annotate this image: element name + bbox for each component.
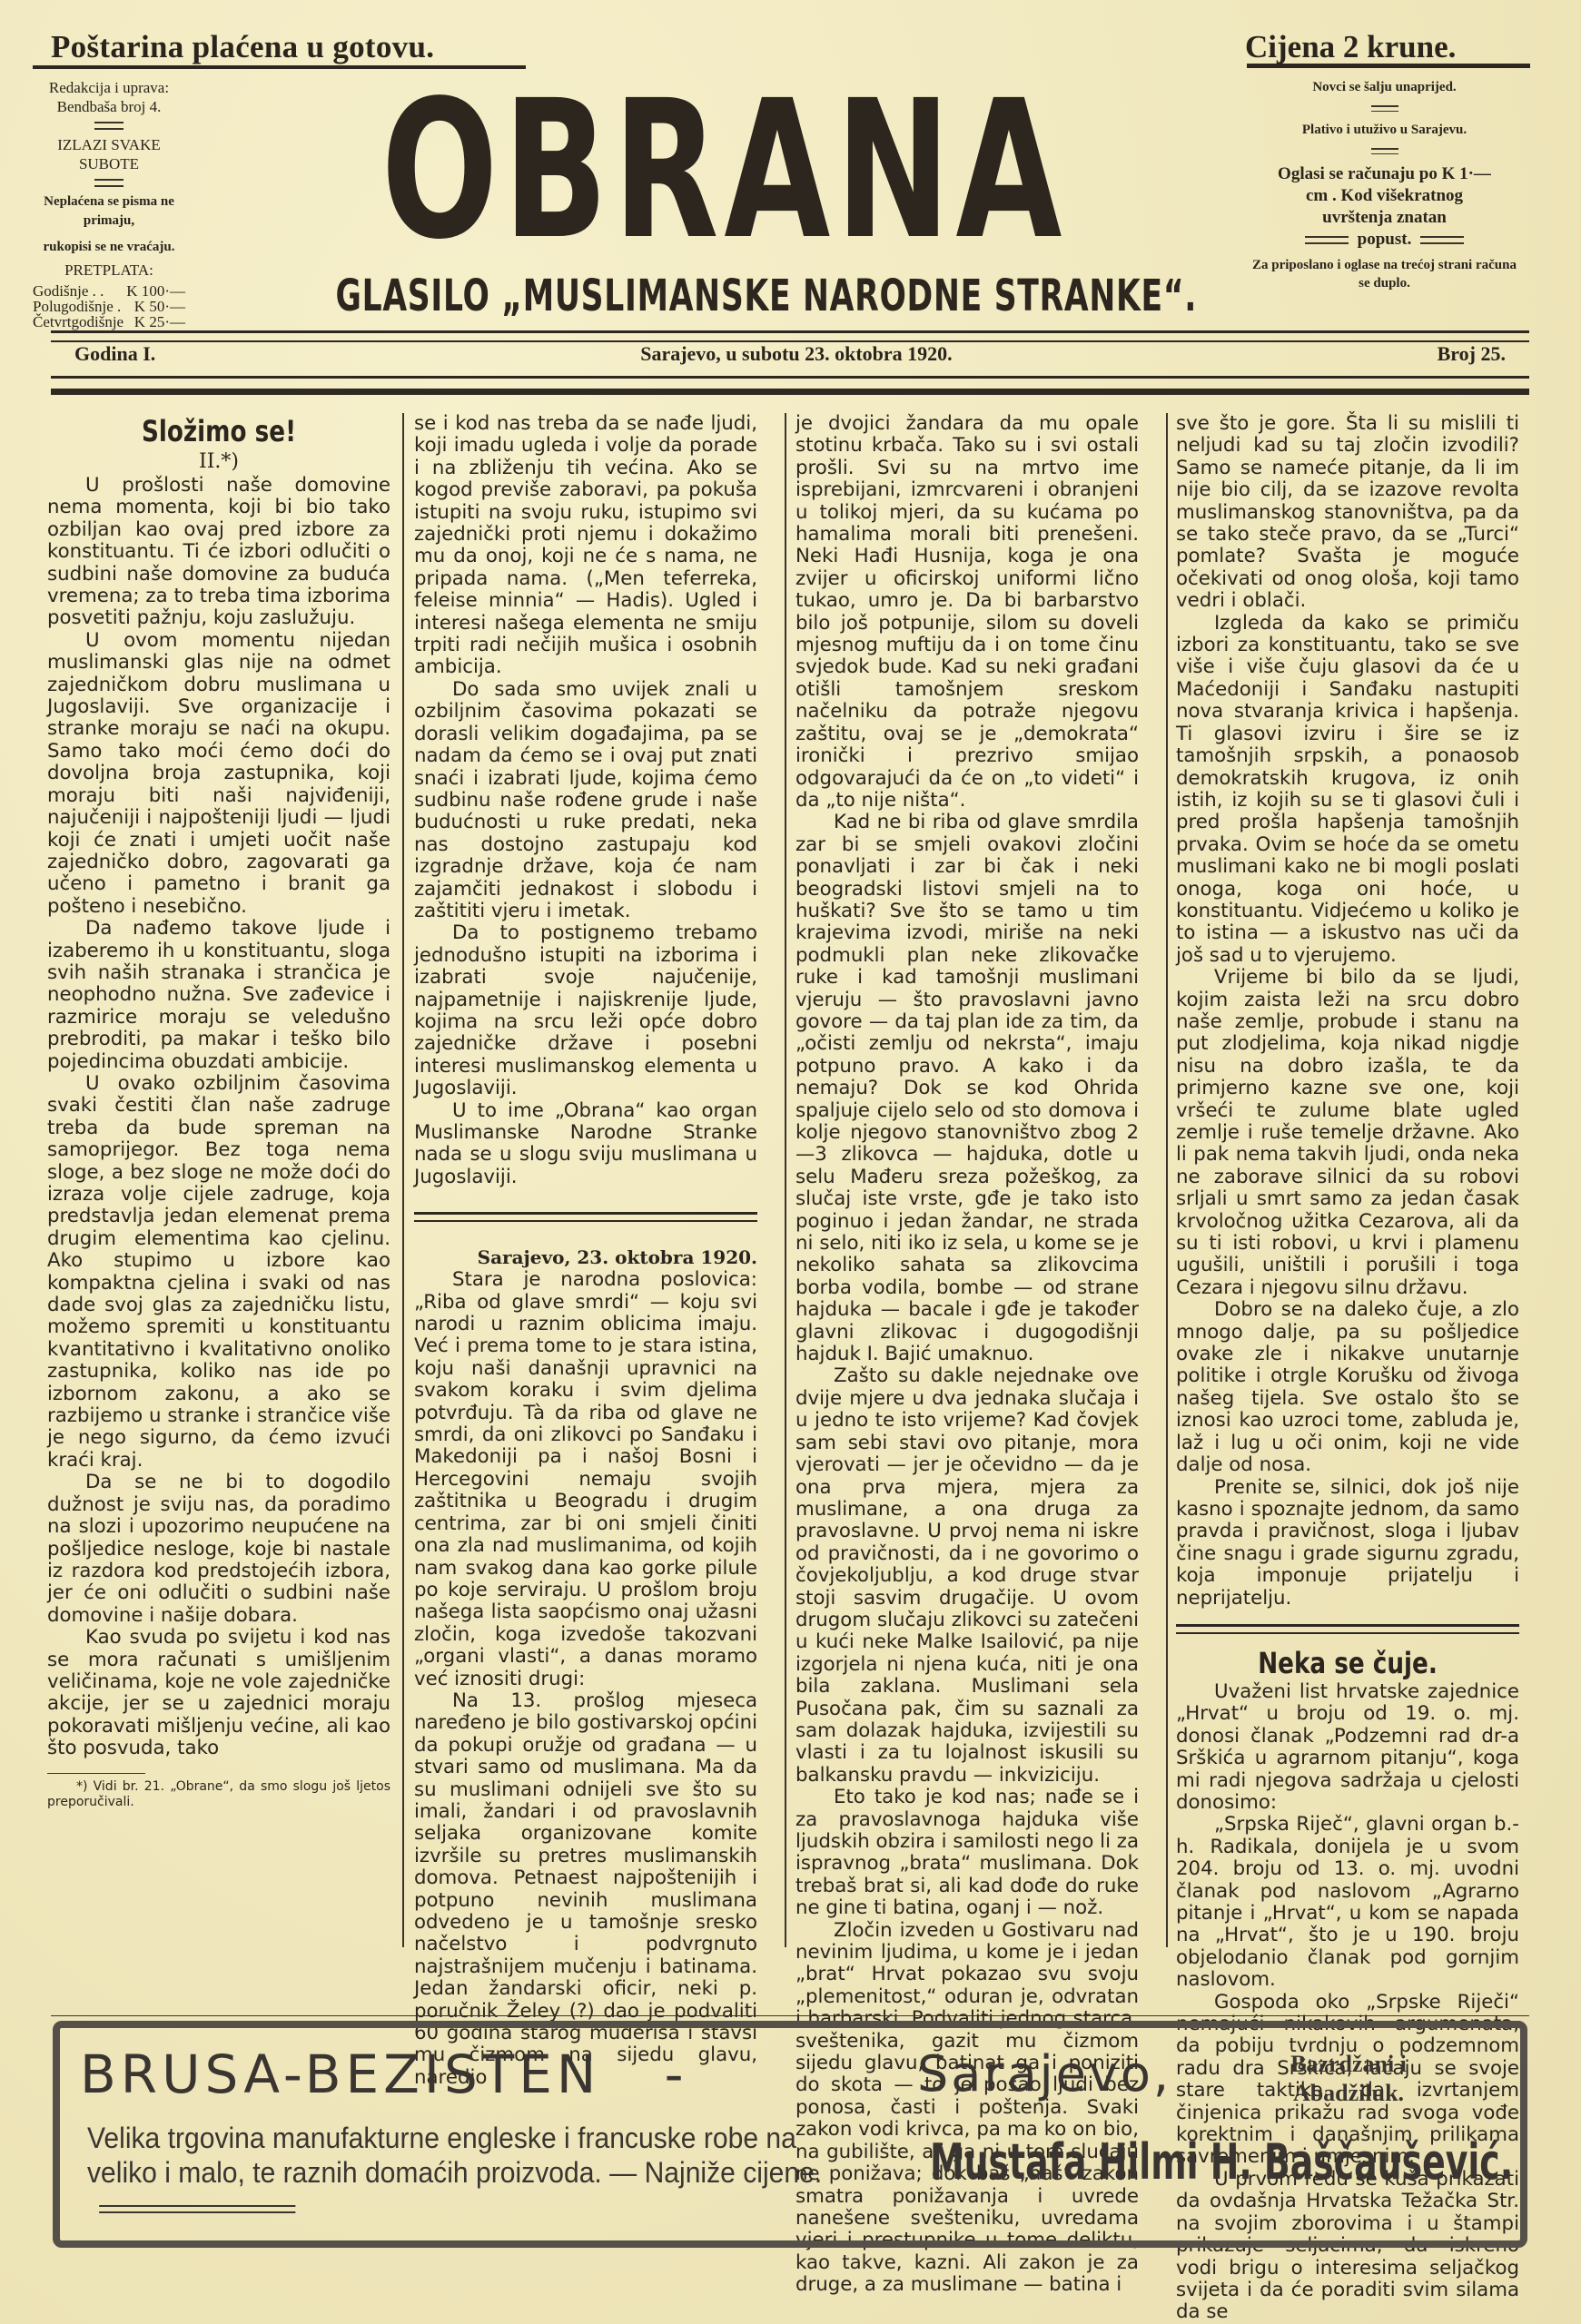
issue-number: Broj 25. <box>1414 341 1529 367</box>
discount-line: popust. <box>1228 229 1541 251</box>
ornament-rule <box>1305 236 1349 244</box>
column-rule <box>1166 413 1168 1947</box>
double-rate-notice: Za priposlano i oglase na trećoj strani … <box>1249 256 1521 292</box>
ornament-rule <box>94 122 124 130</box>
article-paragraph: Zašto su dakle nejednake ove dvije mjere… <box>795 1365 1139 1787</box>
price-notice: Cijena 2 krune. <box>1245 27 1527 67</box>
article-paragraph: Do sada smo uvijek znali u ozbiljnim čas… <box>414 679 757 922</box>
price-rule <box>1247 64 1530 68</box>
article-paragraph: Kao svuda po svijetu i kod nas se mora r… <box>47 1627 390 1759</box>
article-paragraph: U ovom momentu nijedan muslimanski glas … <box>47 630 390 918</box>
ad-owner: Mustafa Hilmi H. Baščaušević. <box>930 2133 1513 2191</box>
column-2: se i kod nas treba da se nađe ljudi, koj… <box>414 413 757 2089</box>
ad-rates-line: cm . Kod višekratnog <box>1228 185 1541 207</box>
left-info-box: Redakcija i uprava: Bendbaša broj 4. IZL… <box>33 78 185 330</box>
article-paragraph: se i kod nas treba da se nađe ljudi, koj… <box>414 413 757 679</box>
subscription-table: Godišnje . .K 100·— Polugodišnje .K 50·—… <box>33 283 185 330</box>
article-paragraph: Da nađemo takove ljude i izaberemo ih u … <box>47 918 390 1073</box>
subscription-period: Godišnje . . <box>33 283 104 299</box>
article-dateline: Sarajevo, 23. oktobra 1920. <box>414 1246 757 1269</box>
editorial-address: Bendbaša broj 4. <box>33 97 185 116</box>
schedule-notice: IZLAZI SVAKE SUBOTE <box>33 135 185 173</box>
article-paragraph: U prošlosti naše domovine nema momenta, … <box>47 475 390 630</box>
subscription-row: Polugodišnje .K 50·— <box>33 299 185 314</box>
column-rule <box>785 413 786 1947</box>
subscription-period: Polugodišnje . <box>33 299 121 314</box>
article-paragraph: Eto tako je kod nas; nađe se i za pravos… <box>795 1787 1139 1919</box>
ornament-rule <box>1371 105 1398 112</box>
ornament-rule <box>94 179 124 187</box>
article-paragraph: sve što je gore. Šta li su mislili ti ne… <box>1176 413 1519 613</box>
editorial-label: Redakcija i uprava: <box>33 78 185 97</box>
payment-notice: Novci se šalju unaprijed. <box>1228 78 1541 96</box>
ad-top-rule <box>51 2015 1529 2016</box>
column-rule <box>402 413 404 1947</box>
article-paragraph: Prenite se, silnici, dok još nije kasno … <box>1176 1477 1519 1610</box>
dateline-rule <box>51 376 1529 382</box>
newspaper-subtitle: GLASILO „MUSLIMANSKE NARODNE STRANKE“. <box>335 272 1103 320</box>
ad-address-line: Bazrdžani i <box>1167 2050 1530 2079</box>
manuscripts-notice: rukopisi se ne vraćaju. <box>33 238 185 257</box>
article-paragraph: je dvojici žandara da mu opale stotinu k… <box>795 413 1139 812</box>
discount-text: popust. <box>1358 229 1412 251</box>
ad-description-text: Velika trgovina manufakturne engleske i … <box>87 2122 822 2189</box>
article-paragraph: „Srpska Riječ“, glavni organ b.-h. Radik… <box>1176 1814 1519 1991</box>
ad-brand-name: BRUSA-BEZISTEN <box>80 2043 600 2105</box>
article-paragraph: U to ime „Obrana“ kao organ Muslimanske … <box>414 1100 757 1189</box>
ornament-rule <box>1420 236 1464 244</box>
ad-city: Sarajevo, <box>917 2044 1171 2104</box>
ad-rates-line: Oglasi se računaju po K 1·— <box>1228 163 1541 185</box>
subscription-price: K 25·— <box>134 314 185 330</box>
article-paragraph: Stara je narodna poslovica: „Riba od gla… <box>414 1269 757 1690</box>
ornament-rule <box>1371 148 1398 154</box>
footnote: *) Vidi br. 21. „Obrane“, da smo slogu j… <box>47 1779 390 1810</box>
subscription-row: Godišnje . .K 100·— <box>33 283 185 299</box>
column-3: je dvojici žandara da mu opale stotinu k… <box>795 413 1139 2297</box>
jurisdiction-notice: Plativo i utuživo u Sarajevu. <box>1228 121 1541 139</box>
article-paragraph: Da to postignemo trebamo jednodušno istu… <box>414 922 757 1099</box>
subscription-period: Četvrtgodišnje <box>33 314 124 330</box>
ad-rates-line: uvrštenja znatan <box>1228 207 1541 229</box>
article-headline: Neka se čuje. <box>1207 1645 1488 1681</box>
footnote-rule <box>47 1773 145 1774</box>
ad-address: Bazrdžani i Abadžiluk. <box>1167 2050 1530 2108</box>
article-paragraph: U ovako ozbiljnim časovima svaki čestiti… <box>47 1073 390 1472</box>
ad-description: Velika trgovina manufakturne engleske i … <box>87 2121 847 2224</box>
article-headline: Složimo se! <box>78 413 360 449</box>
column-1: Složimo se! II.*) U prošlosti naše domov… <box>47 413 390 1810</box>
article-paragraph: Vrijeme bi bilo da se ljudi, kojim zaist… <box>1176 967 1519 1299</box>
article-paragraph: Uvaženi list hrvatske zajednice „Hrvat“ … <box>1176 1681 1519 1814</box>
content-top-rule <box>51 389 1529 395</box>
volume-year: Godina I. <box>51 341 179 367</box>
article-paragraph: Dobro se na daleko čuje, a zlo mnogo dal… <box>1176 1299 1519 1476</box>
letters-notice: Neplaćena se pisma ne primaju, <box>33 192 185 231</box>
article-paragraph: Da se ne bi to dogodilo dužnost je sviju… <box>47 1472 390 1627</box>
right-info-box: Novci se šalju unaprijed. Plativo i utuž… <box>1228 78 1541 292</box>
newspaper-title: OBRANA <box>340 80 1108 261</box>
subscription-label: PRETPLATA: <box>33 261 185 280</box>
subscription-price: K 100·— <box>126 283 185 299</box>
dateline-bar: Godina I. Sarajevo, u subotu 23. oktobra… <box>51 341 1529 367</box>
issue-date: Sarajevo, u subotu 23. oktobra 1920. <box>617 341 975 367</box>
ad-separator: - <box>665 2043 688 2105</box>
ornament-rule <box>99 2205 295 2213</box>
article-part: II.*) <box>47 449 390 475</box>
subscription-price: K 50·— <box>134 299 185 314</box>
ad-brand: BRUSA-BEZISTEN - <box>80 2044 688 2104</box>
article-paragraph: Kad ne bi riba od glave smrdila zar bi s… <box>795 812 1139 1365</box>
section-rule <box>1176 1624 1519 1634</box>
subscription-row: ČetvrtgodišnjeK 25·— <box>33 314 185 330</box>
article-paragraph: Izgleda da kako se primiču izbori za kon… <box>1176 613 1519 968</box>
ad-address-line: Abadžiluk. <box>1167 2079 1530 2108</box>
section-rule <box>414 1212 757 1222</box>
